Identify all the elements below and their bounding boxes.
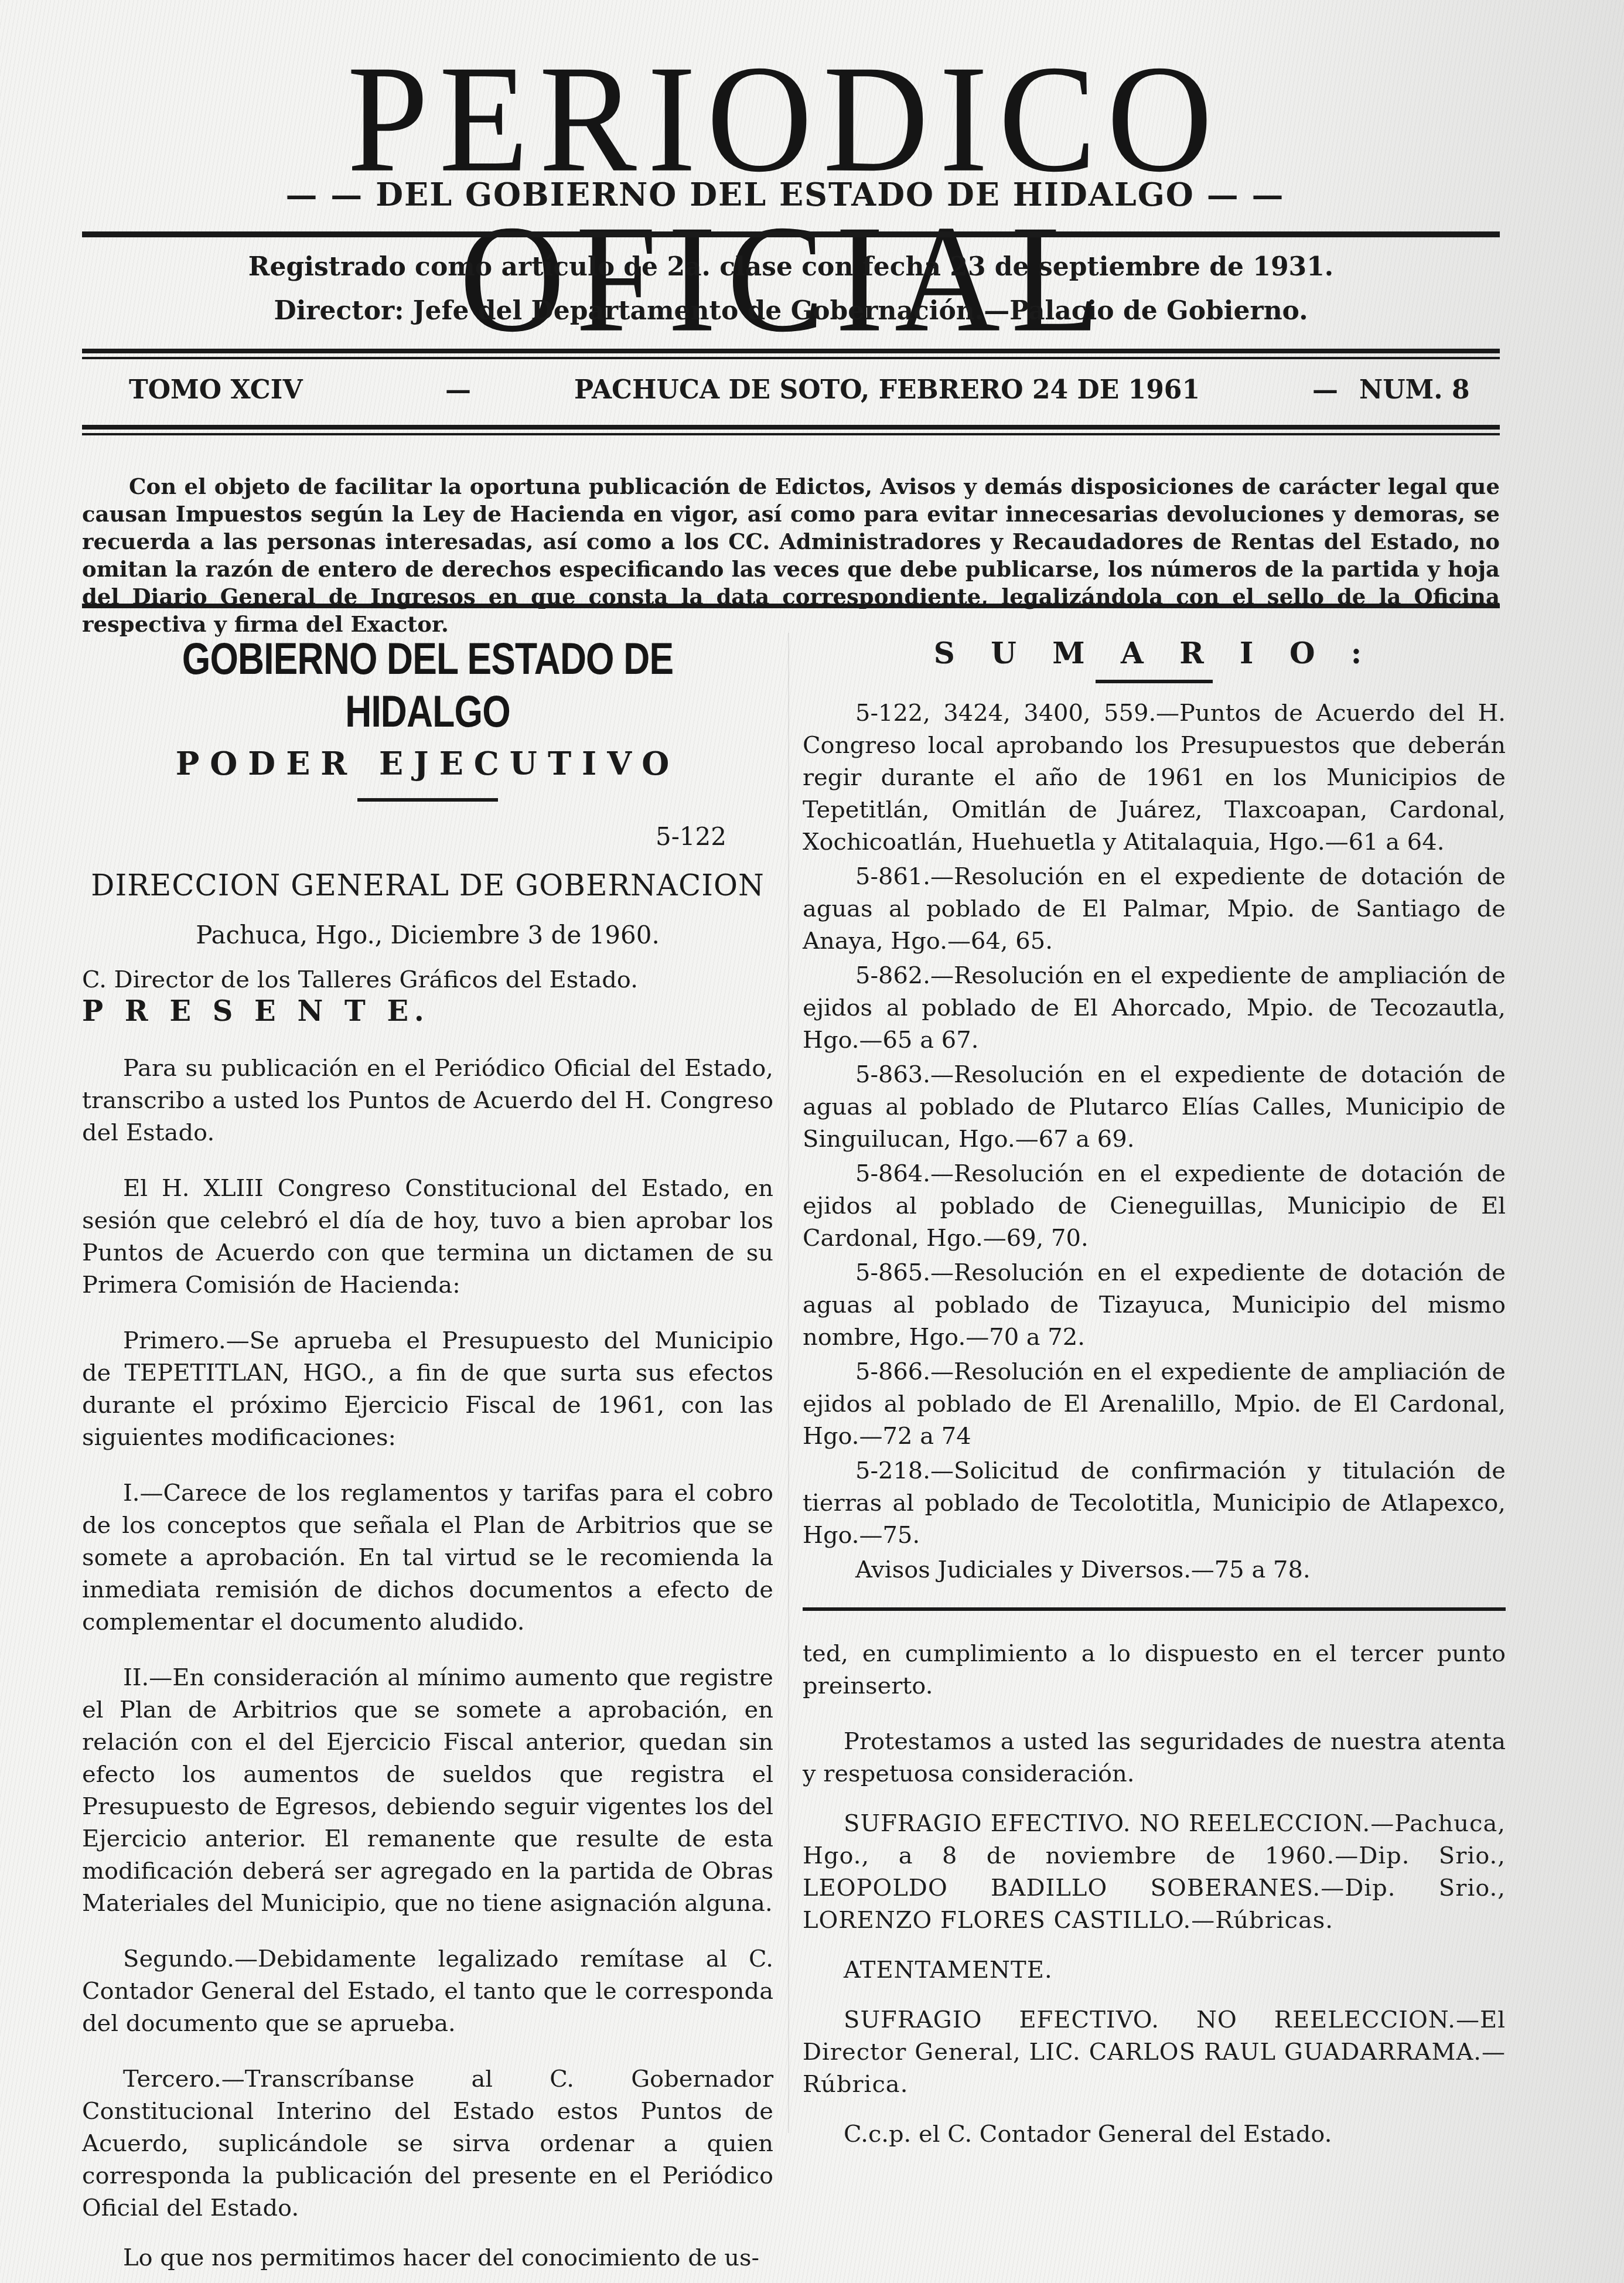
government-heading: GOBIERNO DEL ESTADO DE HIDALGO <box>144 633 711 738</box>
issue-bottom-rule <box>82 425 1500 435</box>
executive-power-heading: PODER EJECUTIVO <box>82 743 773 784</box>
summary-rule <box>1096 680 1213 683</box>
publication-notice: Con el objeto de facilitar la oportuna p… <box>82 473 1500 638</box>
issue-place-date: PACHUCA DE SOTO, FEBRERO 24 DE 1961 <box>574 375 1200 405</box>
issue-separator: — <box>1312 375 1338 405</box>
signature-block: SUFRAGIO EFECTIVO. NO REELECCION.—Pachuc… <box>803 1808 1506 1937</box>
summary-item: 5-862.—Resolución en el expediente de am… <box>803 960 1506 1057</box>
closing-paragraph: Protestamos a usted las seguridades de n… <box>803 1726 1506 1790</box>
summary-heading: S U M A R I O : <box>803 633 1506 674</box>
summary-item: 5-864.—Resolución en el expediente de do… <box>803 1158 1506 1255</box>
letter-paragraph: Para su publicación en el Periódico Ofic… <box>82 1052 773 1149</box>
heading-rule <box>357 798 498 802</box>
masthead-subtitle: — — DEL GOBIERNO DEL ESTADO DE HIDALGO —… <box>82 176 1488 213</box>
masthead-rule <box>82 231 1500 237</box>
office-title: DIRECCION GENERAL DE GOBERNACION <box>82 865 773 906</box>
atentamente-line: ATENTAMENTE. <box>803 1954 1506 1986</box>
column-divider <box>788 633 789 2133</box>
issue-tomo: TOMO XCIV <box>129 375 303 405</box>
summary-item: 5-865.—Resolución en el expediente de do… <box>803 1257 1506 1354</box>
letter-paragraph: El H. XLIII Congreso Constitucional del … <box>82 1173 773 1301</box>
copy-note: C.c.p. el C. Contador General del Estado… <box>803 2118 1506 2151</box>
right-column: S U M A R I O : 5-122, 3424, 3400, 559.—… <box>803 633 1506 2151</box>
summary-end-rule <box>803 1607 1506 1611</box>
letter-paragraph: Lo que nos permitimos hacer del conocimi… <box>82 2242 773 2274</box>
letter-paragraph: Tercero.—Transcríbanse al C. Gobernador … <box>82 2063 773 2224</box>
letter-salutation: P R E S E N T E. <box>82 994 773 1029</box>
issue-top-rule <box>82 349 1500 359</box>
summary-item: 5-863.—Resolución en el expediente de do… <box>803 1059 1506 1156</box>
letter-paragraph: Primero.—Se aprueba el Presupuesto del M… <box>82 1325 773 1454</box>
summary-item: 5-218.—Solicitud de confirmación y titul… <box>803 1455 1506 1552</box>
notice-bottom-rule <box>82 604 1500 608</box>
newspaper-page: PERIODICO OFICIAL — — DEL GOBIERNO DEL E… <box>0 0 1624 2283</box>
reference-number: 5-122 <box>82 819 773 854</box>
letter-place-date: Pachuca, Hgo., Diciembre 3 de 1960. <box>82 918 773 953</box>
director-line: Director: Jefe del Departamento de Gober… <box>82 296 1500 326</box>
left-column: GOBIERNO DEL ESTADO DE HIDALGO PODER EJE… <box>82 633 773 2274</box>
summary-item: 5-866.—Resolución en el expediente de am… <box>803 1356 1506 1453</box>
letter-paragraph: Segundo.—Debidamente legalizado remítase… <box>82 1943 773 2040</box>
summary-item: Avisos Judiciales y Diversos.—75 a 78. <box>803 1554 1506 1586</box>
summary-item: 5-861.—Resolución en el expediente de do… <box>803 861 1506 958</box>
letter-addressee: C. Director de los Talleres Gráficos del… <box>82 966 773 994</box>
issue-separator: — <box>445 375 471 405</box>
letter-paragraph: II.—En consideración al mínimo aumento q… <box>82 1662 773 1920</box>
letter-paragraph: I.—Carece de los reglamentos y tarifas p… <box>82 1477 773 1638</box>
issue-line: TOMO XCIV — PACHUCA DE SOTO, FEBRERO 24 … <box>129 375 1494 410</box>
issue-number: NUM. 8 <box>1359 375 1470 405</box>
registration-line: Registrado como artículo de 2a. clase co… <box>82 252 1500 282</box>
summary-item: 5-122, 3424, 3400, 559.—Puntos de Acuerd… <box>803 697 1506 858</box>
continuation-paragraph: ted, en cumplimiento a lo dispuesto en e… <box>803 1638 1506 1702</box>
director-signature: SUFRAGIO EFECTIVO. NO REELECCION.—El Dir… <box>803 2004 1506 2101</box>
